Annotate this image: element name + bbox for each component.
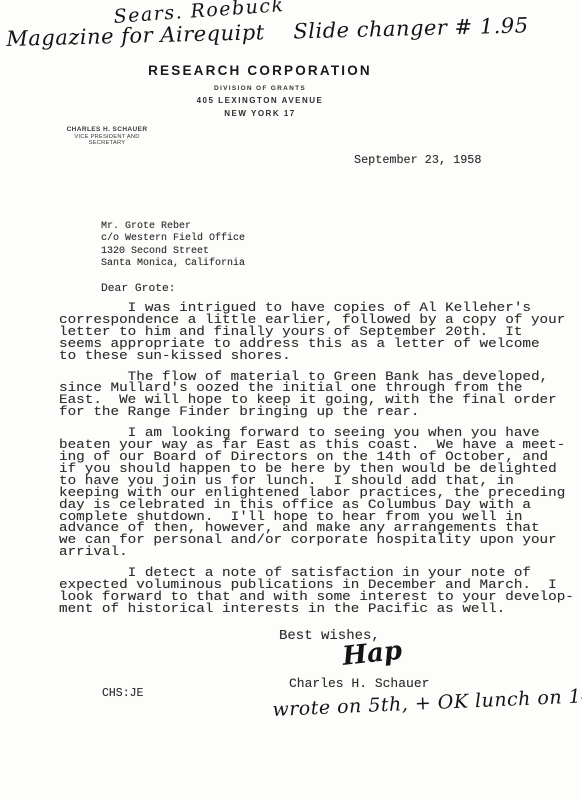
recipient-address: Mr. Grote Reber c/o Western Field Office… [101,221,245,271]
letterhead: RESEARCH CORPORATION DIVISION OF GRANTS … [110,64,410,118]
division-line: DIVISION OF GRANTS [110,85,410,92]
paragraph-3: I am looking forward to seeing you when … [59,427,574,558]
handwritten-signature: Hap [341,636,403,672]
company-name: RESEARCH CORPORATION [110,64,410,78]
paragraph-1: I was intrigued to have copies of Al Kel… [59,302,574,362]
salutation: Dear Grote: [101,283,176,295]
handwritten-top-note-line2: Magazine for Airequipt Slide changer # 1… [6,13,529,51]
officer-title: VICE PRESIDENT AND SECRETARY [56,134,158,146]
letter-body: I was intrigued to have copies of Al Kel… [59,302,574,624]
reference-initials: CHS:JE [102,687,143,700]
officer-block: CHARLES H. SCHAUER VICE PRESIDENT AND SE… [56,126,158,146]
letter-page: Sears. Roebuck Magazine for Airequipt Sl… [0,0,582,800]
paragraph-2: The flow of material to Green Bank has d… [59,371,574,419]
typed-signature-name: Charles H. Schauer [289,676,429,691]
paragraph-4: I detect a note of satisfaction in your … [59,567,574,615]
date-line: September 23, 1958 [354,153,481,167]
street-address: 405 LEXINGTON AVENUE [110,96,410,105]
city-line: NEW YORK 17 [110,109,410,118]
officer-name: CHARLES H. SCHAUER [56,126,158,133]
